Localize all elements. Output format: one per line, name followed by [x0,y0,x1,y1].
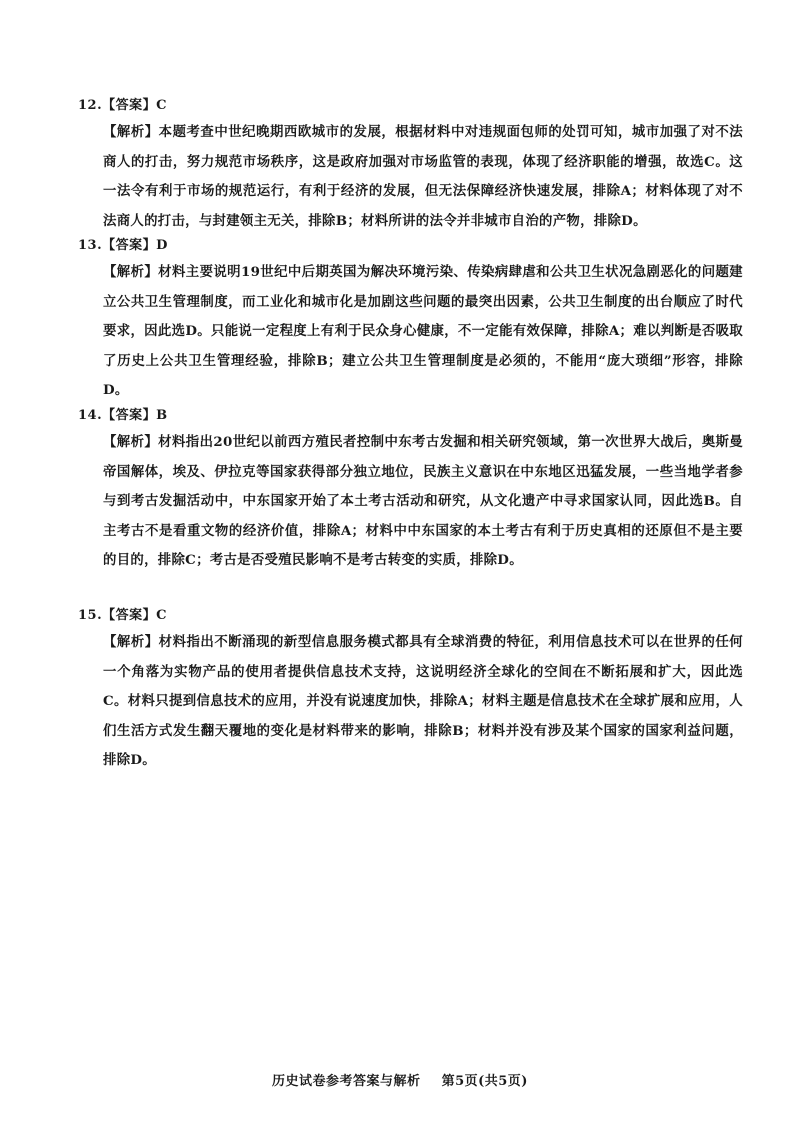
page-footer: 历史试卷参考答案与解析 第5页(共5页) [0,1070,800,1089]
answer-14-heading: 14.【答案】B [78,404,168,423]
analysis-15: 【解析】材料指出不断涌现的新型信息服务模式都具有全球消费的特征，利用信息技术可以… [103,628,743,776]
answer-15-heading: 15.【答案】C [78,604,167,623]
analysis-14: 【解析】材料指出20世纪以前西方殖民者控制中东考古发掘和相关研究领域，第一次世界… [103,428,743,576]
analysis-13: 【解析】材料主要说明19世纪中后期英国为解决环境污染、传染病肆虐和公共卫生状况急… [103,258,743,406]
document-page: 12.【答案】C 【解析】本题考查中世纪晚期西欧城市的发展，根据材料中对违规面包… [0,0,800,1132]
footer-page-number: 第5页(共5页) [442,1074,528,1089]
analysis-12: 【解析】本题考查中世纪晚期西欧城市的发展，根据材料中对违规面包师的处罚可知，城市… [103,118,743,236]
footer-title: 历史试卷参考答案与解析 [272,1074,421,1089]
answer-13-heading: 13.【答案】D [78,234,168,253]
answer-12-heading: 12.【答案】C [78,94,167,113]
